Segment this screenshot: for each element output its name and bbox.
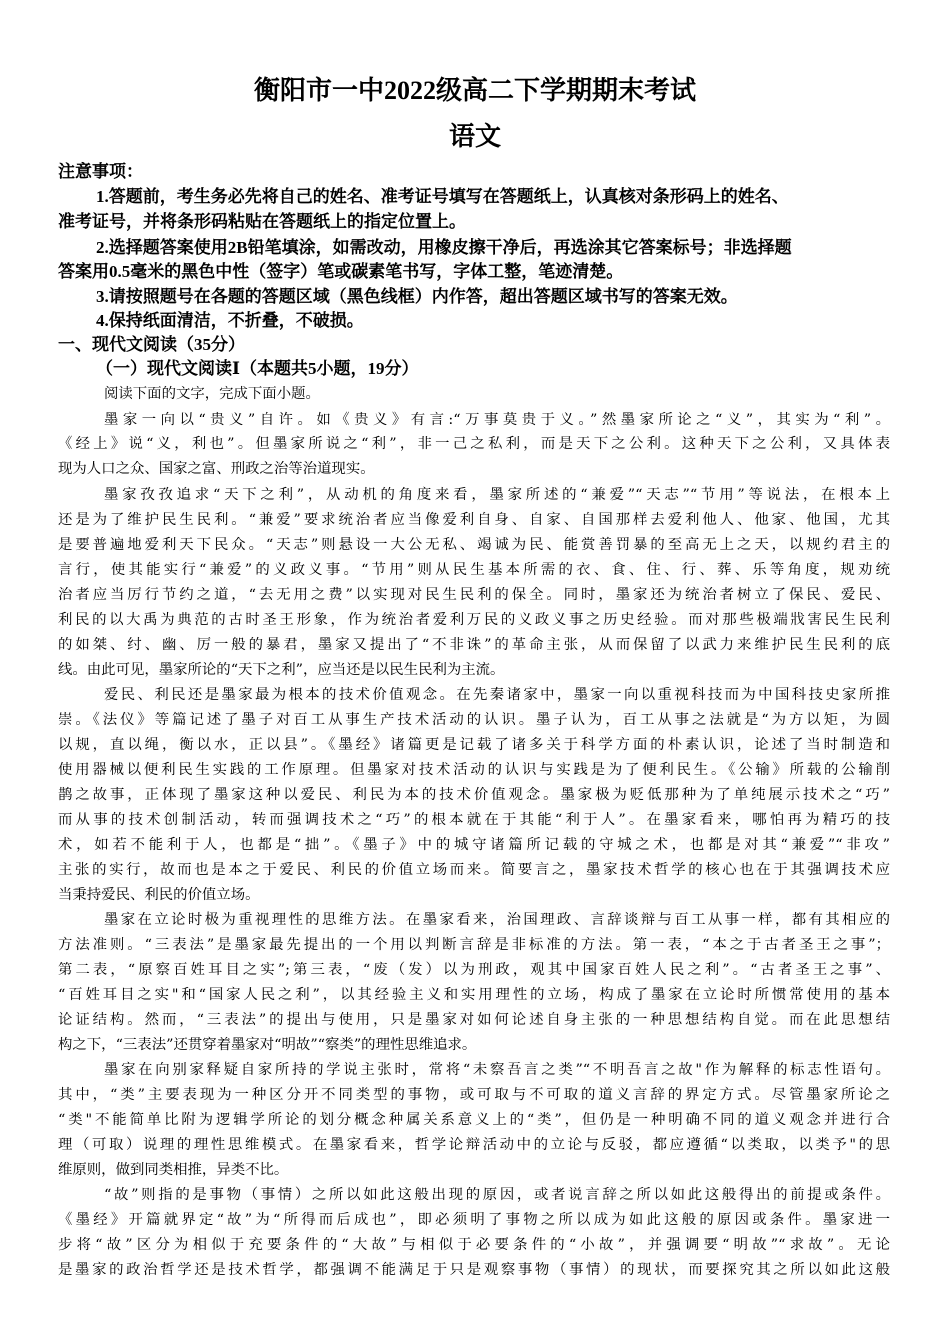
passage-line: 而从事的技术创制活动，转而强调技术之“巧”的根本就在于其能“利于人”。在墨家看来… <box>58 810 890 830</box>
passage-line: 言行，使其能实行“兼爱”的义政义事。“节用”则从民生基本所需的衣、食、住、行、葬… <box>58 560 890 580</box>
notice-item-2-cont: 答案用0.5毫米的黑色中性（签字）笔或碳素笔书写，字体工整，笔迹清楚。 <box>58 262 890 282</box>
section-instruction: 阅读下面的文字，完成下面小题。 <box>104 384 890 404</box>
passage-line: 墨家在向别家释疑自家所持的学说主张时，常将“未察吾言之类”“不明吾言之故"作为解… <box>104 1060 890 1080</box>
passage-line: 术，如若不能利于人，也都是“拙”。《墨子》中的城守诸篇所记载的守城之术，也都是对… <box>58 835 890 855</box>
notice-item-1: 1.答题前，考生务必先将自己的姓名、准考证号填写在答题纸上，认真核对条形码上的姓… <box>96 187 890 207</box>
passage-line: “类"不能简单比附为逻辑学所论的划分概念种属关系意义上的“类”，但仍是一种明确不… <box>58 1110 890 1130</box>
passage-line: 以规，直以绳，衡以水，正以县”。《墨经》诸篇更是记载了诸多关于科学方面的朴素认识… <box>58 735 890 755</box>
notice-item-1-cont: 准考证号，并将条形码粘贴在答题纸上的指定位置上。 <box>58 212 890 232</box>
passage-line: 《经上》说“义，利也”。但墨家所说之“利”，非一己之私利，而是天下之公利。这种天… <box>58 434 890 454</box>
passage-line: 步将“故”区分为相似于充要条件的“大故”与相似于必要条件的“小故”，并强调要“明… <box>58 1235 890 1255</box>
passage-line: 方法准则。“三表法”是墨家最先提出的一个用以判断言辞是非标准的方法。第一表，“本… <box>58 935 890 955</box>
passage-line: 利民的以大禹为典范的古时圣王形象，作为统治者爱利万民的义政义事之历史经验。而对那… <box>58 610 890 630</box>
passage-line: 当秉持爱民、利民的价值立场。 <box>58 885 890 905</box>
exam-page: 衡阳市一中2022级高二下学期期末考试 语文 注意事项： 1.答题前，考生务必先… <box>0 0 950 1344</box>
passage-line: 其中，“类”主要表现为一种区分开不同类型的事物，或可取与不可取的道义言辞的界定方… <box>58 1085 890 1105</box>
passage-line: 现为人口之众、国家之富、刑政之治等治道现实。 <box>58 459 890 479</box>
passage-line: 是要普遍地爱利天下民众。“天志”则悬设一大公无私、竭诚为民、能赏善罚暴的至高无上… <box>58 535 890 555</box>
passage-line: 是墨家的政治哲学还是技术哲学，都强调不能满足于只是观察事物（事情）的现状，而要探… <box>58 1260 890 1280</box>
passage-line: 崇。《法仪》等篇记述了墨子对百工从事生产技术活动的认识。墨子认为，百工从事之法就… <box>58 710 890 730</box>
passage-line: 《墨经》开篇就界定“故”为“所得而后成也”，即必须明了事物之所以成为如此这般的原… <box>58 1210 890 1230</box>
exam-subject: 语文 <box>0 116 950 153</box>
notice-item-3: 3.请按照题号在各题的答题区域（黑色线框）内作答，超出答题区域书写的答案无效。 <box>96 287 890 307</box>
passage-line: “故”则指的是事物（事情）之所以如此这般出现的原因，或者说言辞之所以如此这般得出… <box>104 1185 890 1205</box>
passage-line: 第二表，“原察百姓耳目之实”;第三表，“废（发）以为刑政，观其中国家百姓人民之利… <box>58 960 890 980</box>
passage-line: 使用器械以便利民生实践的工作原理。但墨家对技术活动的认识与实践是为了便利民生。《… <box>58 760 890 780</box>
section-subheading: （一）现代文阅读Ⅰ（本题共5小题，19分） <box>96 359 890 379</box>
exam-title: 衡阳市一中2022级高二下学期期末考试 <box>0 70 950 107</box>
passage-line: 墨家在立论时极为重视理性的思维方法。在墨家看来，治国理政、言辞谈辩与百工从事一样… <box>104 910 890 930</box>
passage-line: 治者应当厉行节约之道，“去无用之费”以实现对民生民利的保全。同时，墨家还为统治者… <box>58 585 890 605</box>
section-heading: 一、现代文阅读（35分） <box>58 335 890 355</box>
notice-heading: 注意事项： <box>58 162 890 182</box>
notice-item-2: 2.选择题答案使用2B铅笔填涂，如需改动，用橡皮擦干净后，再选涂其它答案标号；非… <box>96 238 890 258</box>
passage-line: 理（可取）说理的理性思维模式。在墨家看来，哲学论辩活动中的立论与反驳，都应遵循“… <box>58 1135 890 1155</box>
passage-line: 主张的实行，故而也是本之于爱民、利民的价值立场而来。简要言之，墨家技术哲学的核心… <box>58 860 890 880</box>
passage-line: 还是为了维护民生民利。“兼爱”要求统治者应当像爱利自身、自家、自国那样去爱利他人… <box>58 510 890 530</box>
passage-line: 鹊之故事，正体现了墨家这种以爱民、利民为本的技术价值观念。墨家极为贬低那种为了单… <box>58 785 890 805</box>
passage-line: 的如桀、纣、幽、厉一般的暴君，墨家又提出了“不非诛”的革命主张，从而保留了以武力… <box>58 635 890 655</box>
passage-line: 墨家一向以“贵义”自许。如《贵义》有言:“万事莫贵于义。”然墨家所论之“义”，其… <box>104 410 890 430</box>
passage-line: 论证结构。然而，“三表法”的提出与使用，只是墨家对如何论述自身主张的一种思想结构… <box>58 1010 890 1030</box>
passage-line: 爱民、利民还是墨家最为根本的技术价值观念。在先秦诸家中，墨家一向以重视科技而为中… <box>104 685 890 705</box>
passage-line: 维原则，做到同类相推，异类不比。 <box>58 1160 890 1180</box>
passage-line: 线。由此可见，墨家所论的“天下之利”，应当还是以民生民利为主流。 <box>58 660 890 680</box>
passage-line: 构之下，“三表法”还贯穿着墨家对“明故”“察类”的理性思维追求。 <box>58 1035 890 1055</box>
notice-item-4: 4.保持纸面清洁，不折叠，不破损。 <box>96 311 890 331</box>
passage-line: “百姓耳目之实"和“国家人民之利”，以其经验主义和实用理性的立场，构成了墨家在立… <box>58 985 890 1005</box>
passage-line: 墨家孜孜追求“天下之利”，从动机的角度来看，墨家所述的“兼爱”“天志”“节用”等… <box>104 485 890 505</box>
